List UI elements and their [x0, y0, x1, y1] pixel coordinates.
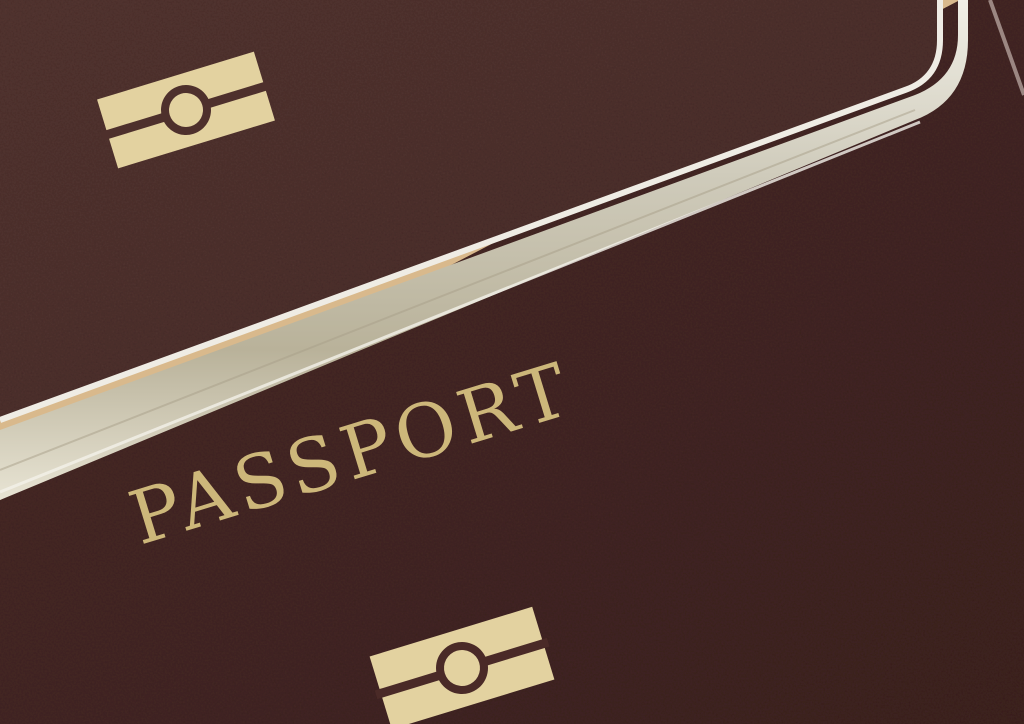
passport-photo: PASSPORT	[0, 0, 1024, 724]
photo-canvas: PASSPORT	[0, 0, 1024, 724]
